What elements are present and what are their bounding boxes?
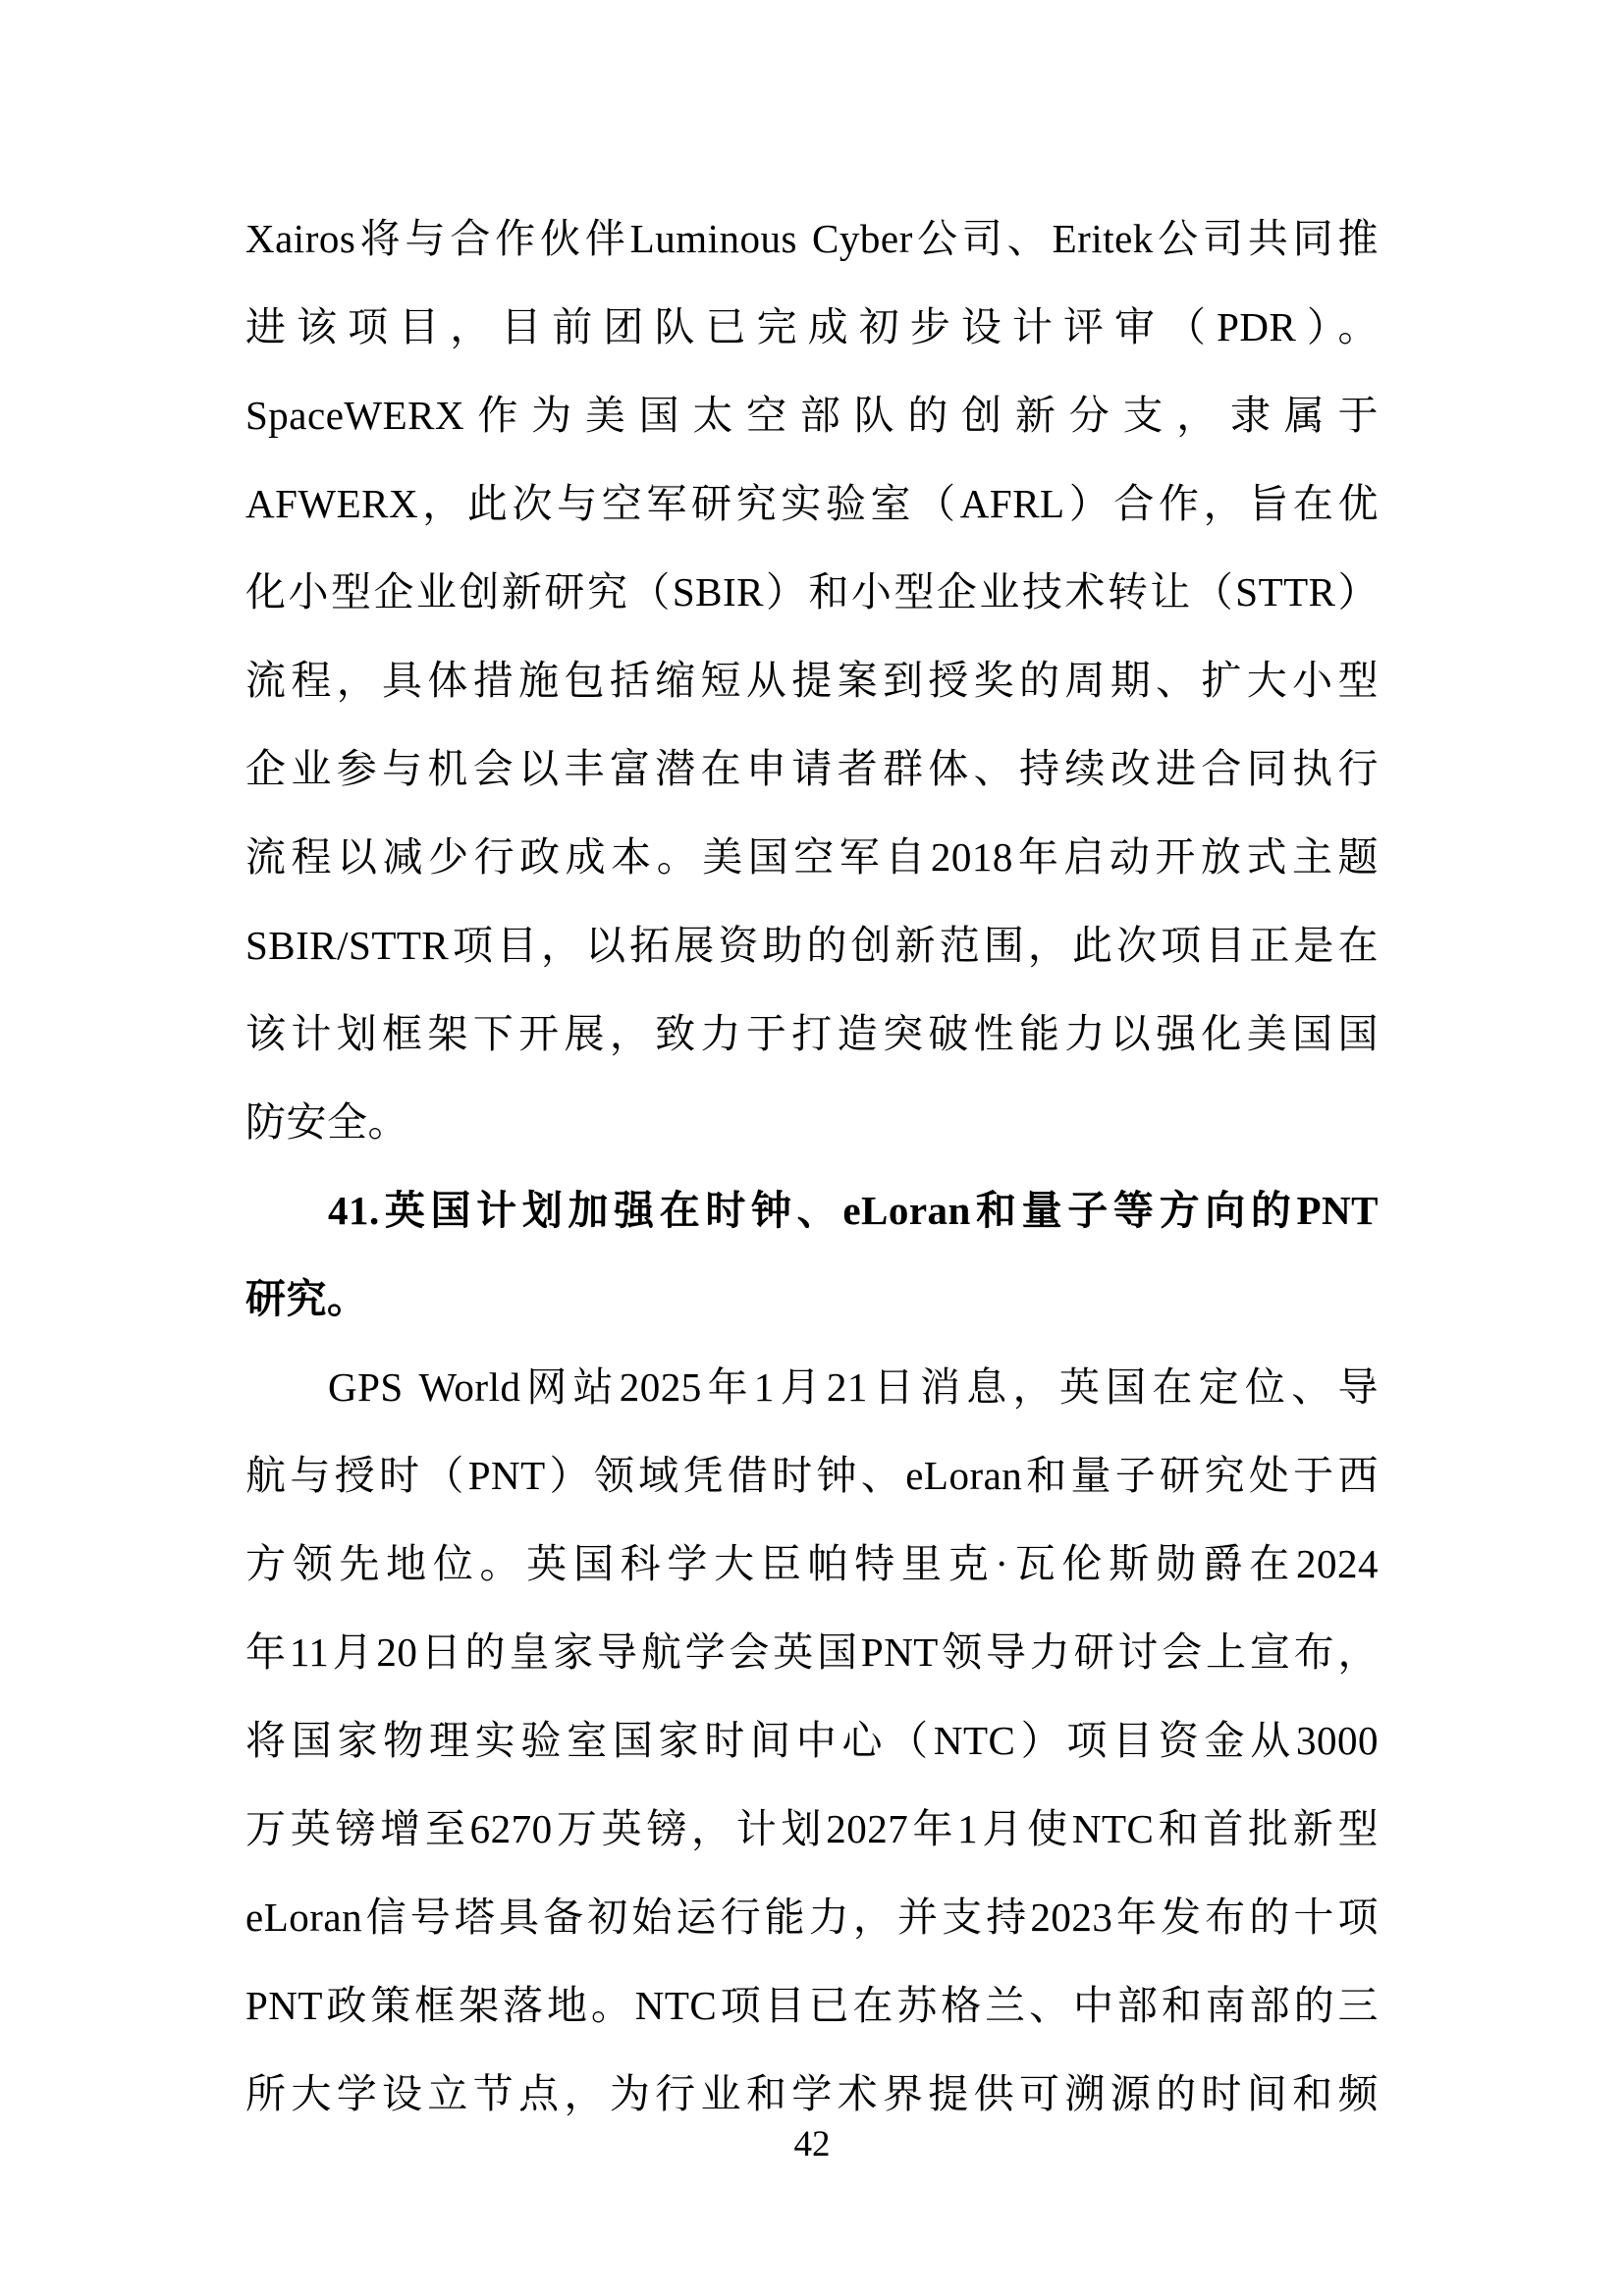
text-line: 该计划框架下开展，致力于打造突破性能力以强化美国国 bbox=[245, 989, 1379, 1078]
text-line: 航与授时（PNT）领域凭借时钟、eLoran和量子研究处于西 bbox=[245, 1431, 1379, 1520]
section-heading-41: 41.英国计划加强在时钟、eLoran和量子等方向的PNT 研究。 bbox=[245, 1166, 1379, 1343]
text-line: 方领先地位。英国科学大臣帕特里克·瓦伦斯勋爵在2024 bbox=[245, 1520, 1379, 1608]
page-number: 42 bbox=[0, 2122, 1624, 2167]
text-line: AFWERX，此次与空军研究实验室（AFRL）合作，旨在优 bbox=[245, 459, 1379, 548]
text-line: 流程，具体措施包括缩短从提案到授奖的周期、扩大小型 bbox=[245, 636, 1379, 724]
paragraph-gps-world: GPS World网站2025年1月21日消息，英国在定位、导 航与授时（PNT… bbox=[245, 1343, 1379, 2138]
text-line: eLoran信号塔具备初始运行能力，并支持2023年发布的十项 bbox=[245, 1873, 1379, 1961]
paragraph-xairos-spacewerx: Xairos将与合作伙伴Luminous Cyber公司、Eritek公司共同推… bbox=[245, 194, 1379, 1166]
heading-line: 研究。 bbox=[245, 1255, 1379, 1343]
text-line: 企业参与机会以丰富潜在申请者群体、持续改进合同执行 bbox=[245, 724, 1379, 813]
text-line: SpaceWERX作为美国太空部队的创新分支，隶属于 bbox=[245, 371, 1379, 459]
text-line: 化小型企业创新研究（SBIR）和小型企业技术转让（STTR） bbox=[245, 548, 1379, 636]
text-line: 进该项目，目前团队已完成初步设计评审（PDR）。 bbox=[245, 283, 1379, 371]
text-line: GPS World网站2025年1月21日消息，英国在定位、导 bbox=[245, 1343, 1379, 1431]
text-line: 年11月20日的皇家导航学会英国PNT领导力研讨会上宣布， bbox=[245, 1608, 1379, 1696]
heading-line: 41.英国计划加强在时钟、eLoran和量子等方向的PNT bbox=[245, 1166, 1379, 1255]
text-line: 将国家物理实验室国家时间中心（NTC）项目资金从3000 bbox=[245, 1696, 1379, 1785]
text-line: SBIR/STTR项目，以拓展资助的创新范围，此次项目正是在 bbox=[245, 901, 1379, 989]
text-line: 防安全。 bbox=[245, 1078, 1379, 1166]
text-line: Xairos将与合作伙伴Luminous Cyber公司、Eritek公司共同推 bbox=[245, 194, 1379, 283]
document-page: Xairos将与合作伙伴Luminous Cyber公司、Eritek公司共同推… bbox=[0, 0, 1624, 2296]
text-line: 万英镑增至6270万英镑，计划2027年1月使NTC和首批新型 bbox=[245, 1785, 1379, 1873]
text-line: 流程以减少行政成本。美国空军自2018年启动开放式主题 bbox=[245, 813, 1379, 901]
text-line: PNT政策框架落地。NTC项目已在苏格兰、中部和南部的三 bbox=[245, 1961, 1379, 2050]
